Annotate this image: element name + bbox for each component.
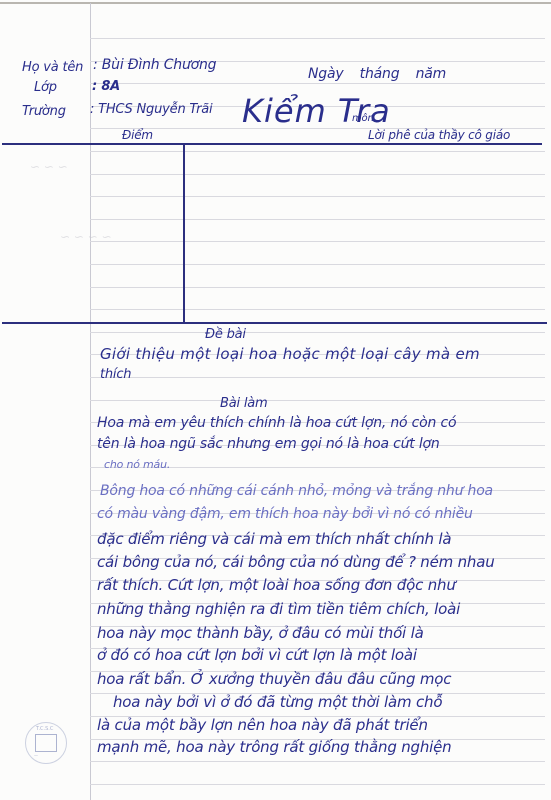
exam-paper: ~ ~ ~ ~ ~ ~ ~ Họ và tên : Bùi Đình Chươn… <box>0 0 551 800</box>
answer-line: ở đó có hoa cứt lợn bởi vì cứt lợn là mộ… <box>97 646 417 664</box>
date-line: Ngày tháng năm <box>308 66 446 82</box>
class-label: Lớp <box>34 80 57 95</box>
ruled-line <box>90 784 545 785</box>
stamp-bottom-text: — <box>34 753 38 758</box>
answer-line: Bông hoa có những cái cánh nhỏ, mỏng và … <box>100 483 493 499</box>
ruled-line <box>90 264 545 265</box>
school-stamp-icon: T.C.S.C — <box>25 722 67 764</box>
name-value: : Bùi Đình Chương <box>93 57 216 73</box>
ruled-line <box>90 309 545 310</box>
answer-line: đặc điểm riêng và cái mà em thích nhất c… <box>97 530 451 548</box>
answer-line: mạnh mẽ, hoa này trông rất giống thằng n… <box>97 738 451 756</box>
answer-line: Hoa mà em yêu thích chính là hoa cứt lợn… <box>97 415 456 431</box>
margin-line <box>90 3 91 800</box>
answer-line: có màu vàng đậm, em thích hoa này bởi vì… <box>97 506 473 522</box>
show-through-text: ~ ~ ~ <box>30 160 68 174</box>
stamp-book-icon <box>35 734 57 752</box>
school-label: Trường <box>22 104 66 119</box>
ruled-line <box>90 761 545 762</box>
ruled-line <box>90 83 545 84</box>
answer-line: hoa rất bẩn. Ở xưởng thuyền đâu đâu cũng… <box>97 670 451 688</box>
subject-label: môn <box>352 113 374 124</box>
score-label: Điểm <box>122 128 153 142</box>
ruled-line <box>90 38 545 39</box>
grading-box-bottom-border <box>2 322 547 324</box>
assignment-heading: Đề bài <box>205 327 246 342</box>
answer-line: tên là hoa ngũ sắc nhưng em gọi nó là ho… <box>97 436 440 452</box>
grading-box-divider <box>183 143 185 323</box>
name-label: Họ và tên <box>22 60 83 75</box>
stamp-top-text: T.C.S.C <box>36 726 53 732</box>
ruled-line <box>90 241 545 242</box>
exam-title: Kiểm Tra <box>242 92 391 130</box>
paper-top-edge <box>0 2 551 4</box>
ruled-line <box>90 219 545 220</box>
school-value: : THCS Nguyễn Trãi <box>90 102 212 117</box>
answer-line: rất thích. Cứt lợn, một loài hoa sống đơ… <box>97 576 456 594</box>
answer-line: cho nó máu. <box>104 458 170 471</box>
assignment-prompt-line-2: thích <box>100 367 131 382</box>
assignment-prompt-line-1: Giới thiệu một loại hoa hoặc một loại câ… <box>100 345 480 363</box>
ruled-line <box>90 174 545 175</box>
answer-line: cái bông của nó, cái bông của nó dùng để… <box>97 553 495 571</box>
ruled-line <box>90 196 545 197</box>
grading-box-top-border <box>2 143 542 145</box>
show-through-text: ~ ~ ~ ~ <box>60 230 112 244</box>
ruled-line <box>90 151 545 152</box>
answer-line: hoa này bởi vì ở đó đã từng một thời làm… <box>113 693 442 711</box>
answer-line: những thằng nghiện ra đi tìm tiền tiêm c… <box>97 600 460 618</box>
answer-heading: Bài làm <box>220 396 267 411</box>
answer-line: hoa này mọc thành bầy, ở đâu có mùi thối… <box>97 624 424 642</box>
answer-line: là của một bầy lợn nên hoa này đã phát t… <box>97 716 428 734</box>
ruled-line <box>90 332 545 333</box>
class-value: : 8A <box>92 79 120 94</box>
ruled-line <box>90 400 545 401</box>
ruled-line <box>90 287 545 288</box>
ruled-line <box>90 377 545 378</box>
comment-label: Lời phê của thầy cô giáo <box>368 128 510 142</box>
